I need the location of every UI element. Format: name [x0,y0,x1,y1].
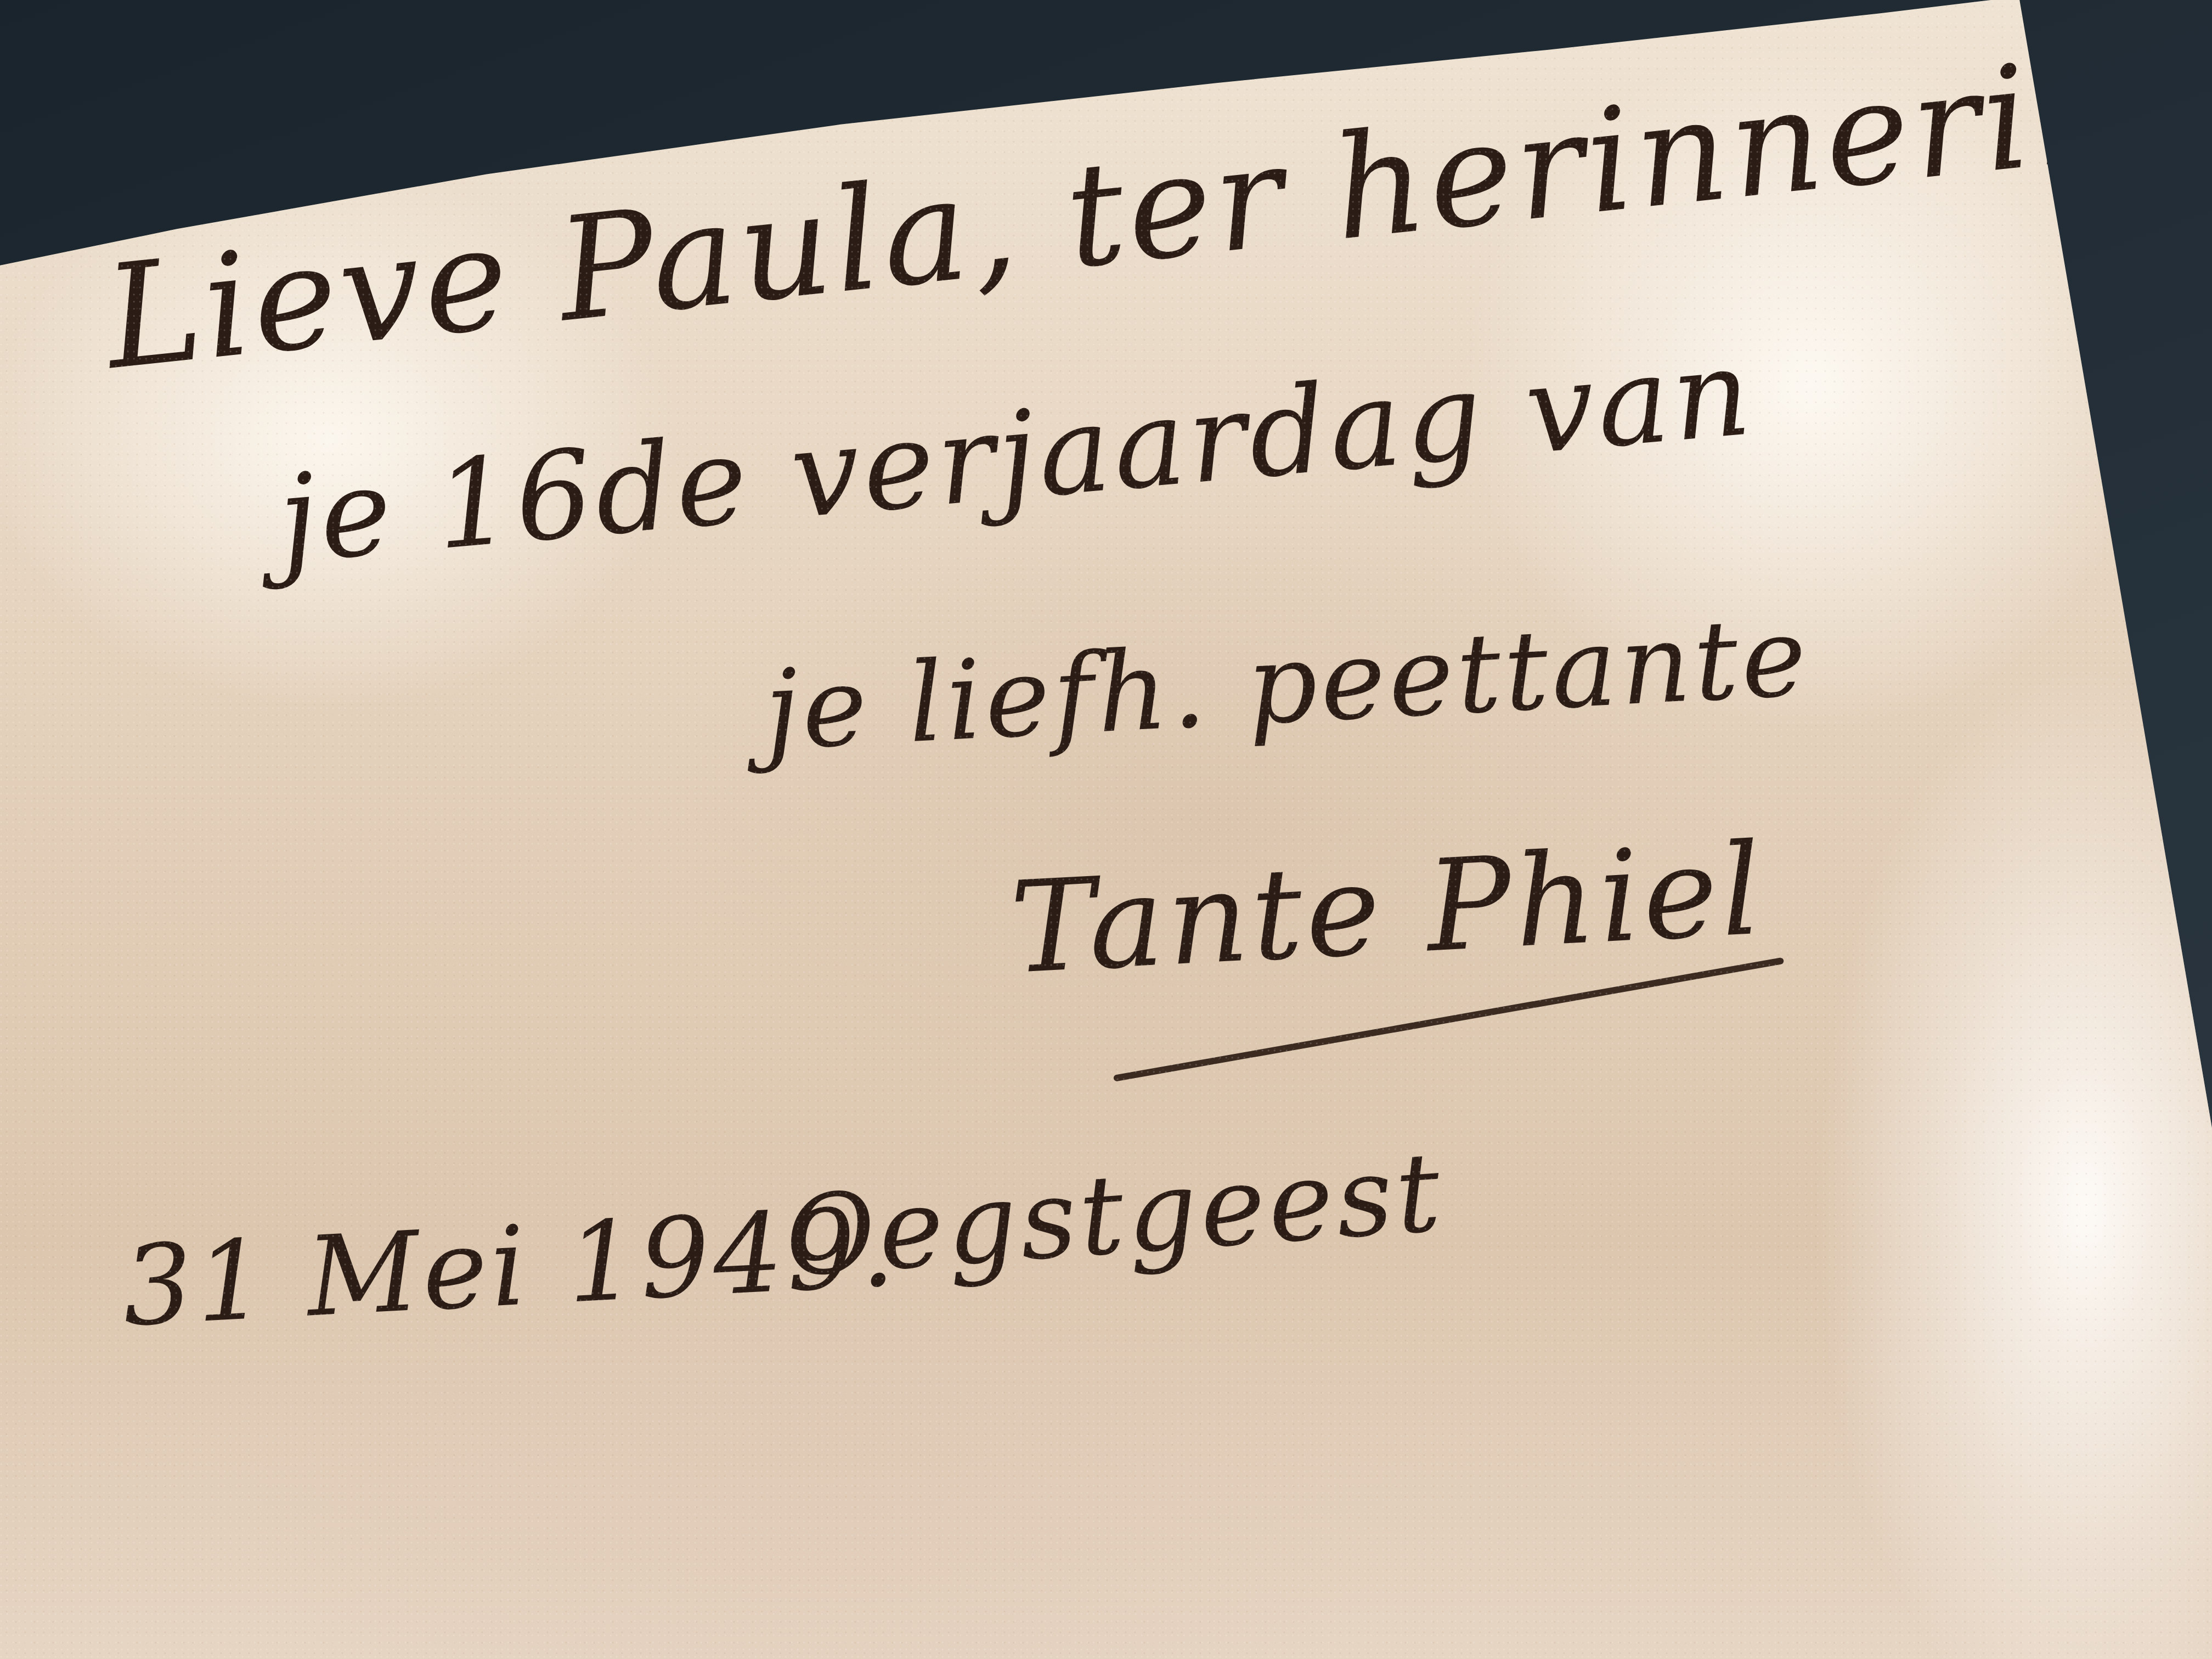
inscription-occasion-line: je 16de verjaardag van [273,321,1759,590]
inscription-from-line: je liefh. peettante [761,593,1813,775]
photo-scene: Lieve Paula, ter herinnering aan je 16de… [0,0,2212,1659]
signature: Tante Phiel [1007,816,1768,1002]
inscription-place: Oegstgeest [781,1128,1447,1302]
inscription-greeting-line: Lieve Paula, ter herinnering aan [98,0,2212,402]
book-page: Lieve Paula, ter herinnering aan je 16de… [0,0,2212,1659]
